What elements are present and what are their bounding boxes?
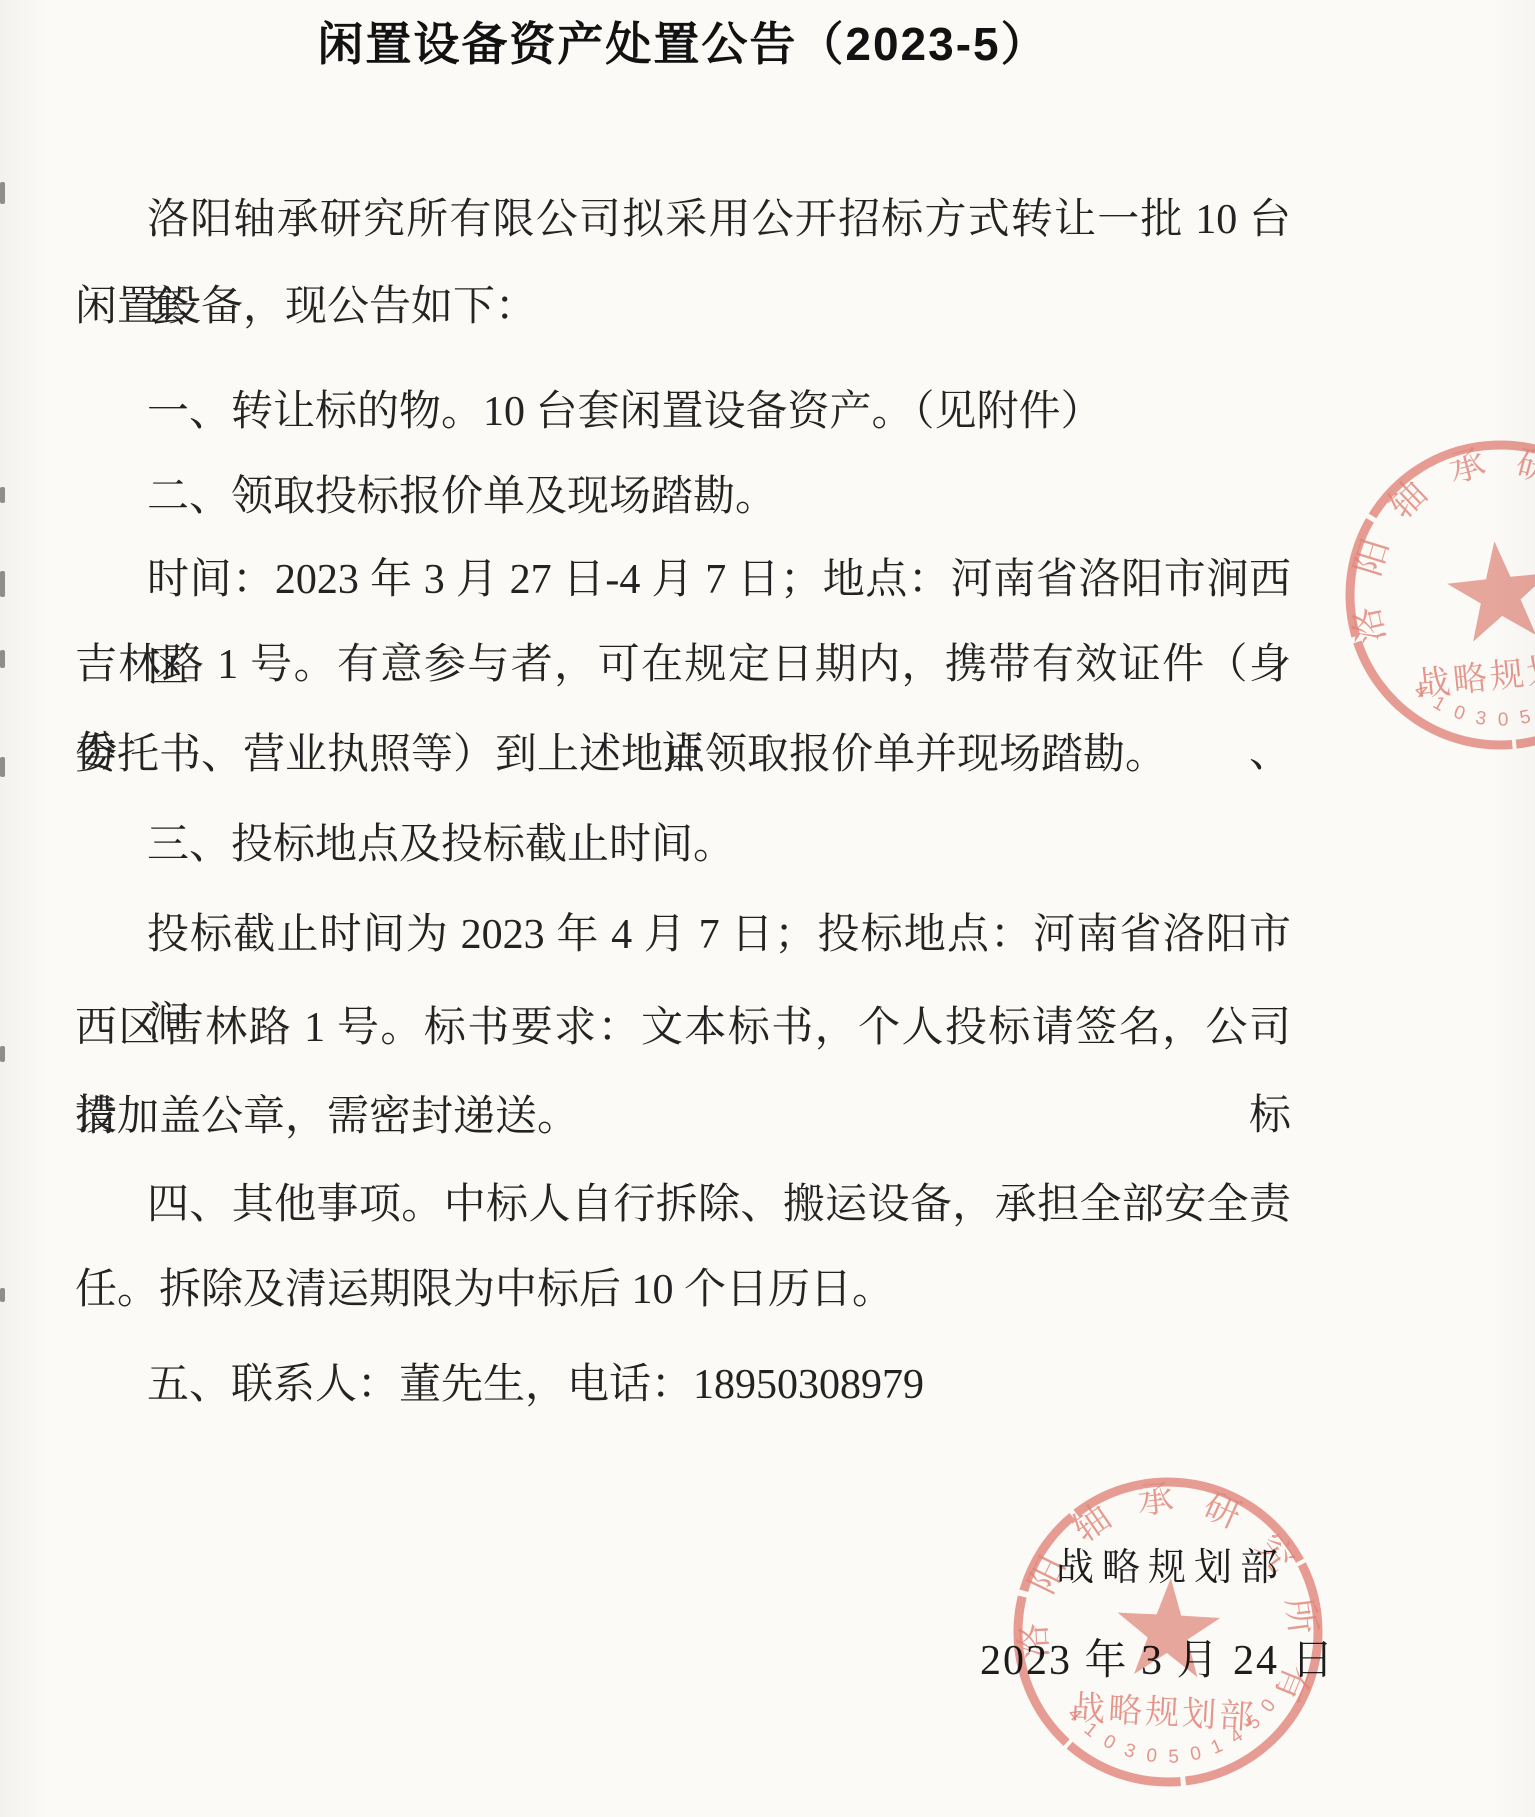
document-line: 投标截止时间为 2023 年 4 月 7 日；投标地点：河南省洛阳市涧 [75, 891, 1291, 979]
seal-serial-text: 4103050145015 [1319, 414, 1535, 748]
seal-department-text: 战略规划部 [1414, 647, 1535, 704]
document-line: 西区吉林路 1 号。标书要求：文本标书，个人投标请签名，公司投标 [75, 984, 1291, 1072]
document-line: 三、投标地点及投标截止时间。 [75, 801, 1291, 889]
svg-text:4103050145015: 4103050145015 [995, 1459, 1294, 1774]
star-icon [1443, 536, 1535, 644]
signature-date: 2023 年 3 月 24 日 [980, 1637, 1336, 1685]
seal-company-text: 洛阳轴承研究所有限公司 [1319, 414, 1535, 683]
document-line: 洛阳轴承研究所有限公司拟采用公开招标方式转让一批 10 台套 [75, 176, 1291, 264]
scan-artifact [0, 650, 5, 668]
seal-serial-text: 4103050145015 [995, 1459, 1294, 1774]
document-line: 一、转让标的物。10 台套闲置设备资产。（见附件） [75, 368, 1291, 456]
document-line: 五、联系人：董先生，电话：18950308979 [75, 1341, 1291, 1429]
document-title: 闲置设备资产处置公告（2023-5） [75, 12, 1291, 76]
scan-artifact [0, 487, 5, 503]
document-line: 闲置设备，现公告如下： [75, 263, 1291, 351]
document-line: 吉林路 1 号。有意参与者，可在规定日期内，携带有效证件（身份证、 [75, 621, 1291, 709]
scan-artifact [0, 1288, 5, 1302]
scan-artifact [0, 757, 5, 777]
document-line: 二、领取投标报价单及现场踏勘。 [75, 453, 1291, 541]
document-line: 时间：2023 年 3 月 27 日-4 月 7 日；地点：河南省洛阳市涧西区 [75, 536, 1291, 624]
company-seal-stamp-bottom: 洛阳轴承研究所有限公司 战略规划部 4103050145015 [995, 1459, 1342, 1806]
document-page: 闲置设备资产处置公告（2023-5） 洛阳轴承研究所有限公司拟采用公开招标方式转… [0, 0, 1535, 1817]
seal-ring [1335, 430, 1535, 760]
scan-artifact [0, 1046, 5, 1062]
company-seal-stamp-top: 洛阳轴承研究所有限公司 战略规划部 4103050145015 [1319, 414, 1535, 777]
document-line: 四、其他事项。中标人自行拆除、搬运设备，承担全部安全责 [75, 1161, 1291, 1249]
document-line: 请加盖公章，需密封递送。 [75, 1073, 1291, 1161]
signature-department: 战略规划部 [1056, 1546, 1286, 1590]
document-line: 委托书、营业执照等）到上述地点领取报价单并现场踏勘。 [75, 711, 1291, 799]
svg-text:4103050145015: 4103050145015 [1319, 414, 1535, 748]
svg-text:洛阳轴承研究所有限公司: 洛阳轴承研究所有限公司 [1319, 414, 1535, 683]
scan-artifact [0, 182, 5, 204]
document-line: 任。拆除及清运期限为中标后 10 个日历日。 [75, 1246, 1291, 1334]
seal-ring [1010, 1474, 1325, 1789]
seal-department-text: 战略规划部 [1070, 1689, 1257, 1737]
scan-artifact [0, 571, 5, 597]
